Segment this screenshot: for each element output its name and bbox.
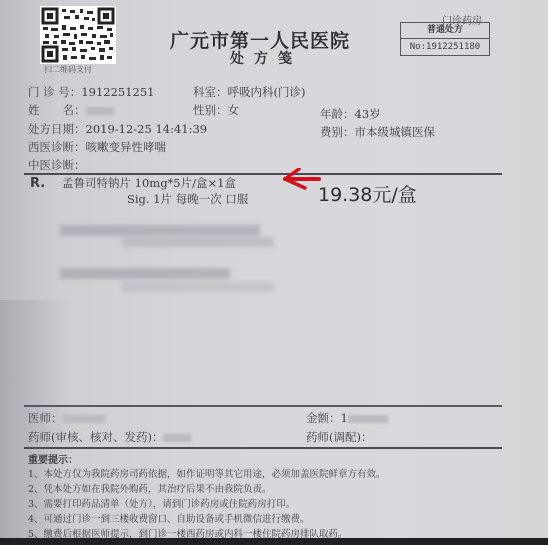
name-label: 姓 名： [28, 103, 86, 117]
prescription-type: 普通处方 [401, 23, 489, 39]
western-diagnosis-field: 西医诊断：咳嗽变异性哮喘 [28, 139, 166, 155]
department-value: 呼吸内科(门诊) [228, 85, 306, 99]
pharmacist-dispense-label: 药师(调配)： [306, 430, 372, 444]
fee-type-label: 费别： [320, 125, 355, 139]
department-field: 科室：呼吸内科(门诊) [193, 84, 305, 100]
note-item: 1、本处方仅为我院药房司药依据，如作证明等其它用途，必须加盖医院鲜章方有效。 [28, 466, 386, 480]
drug-sig: Sig. 1片 每晚一次 口服 [127, 191, 248, 207]
prescription-type-box: 普通处方 No:1912251180 [400, 22, 490, 56]
divider-footer-bottom [24, 447, 502, 449]
doctor-field: 医师： [28, 410, 105, 426]
fee-type-value: 市本级城镇医保 [355, 125, 436, 139]
pharmacist-review-label: 药师(审核、核对、发药)： [28, 430, 163, 444]
notes-title: 重要提示： [28, 451, 78, 466]
pharmacist-dispense-field: 药师(调配)： [306, 429, 372, 445]
western-diagnosis-label: 西医诊断： [28, 140, 86, 154]
note-item: 4、可通过门诊一到三楼收费窗口、自助设备或手机微信进行缴费。 [28, 511, 310, 525]
amount-label: 金额： [306, 411, 341, 425]
gender-field: 性别：女 [193, 102, 239, 118]
pharmacist-review-field: 药师(审核、核对、发药)： [28, 429, 191, 445]
fee-type-field: 费别：市本级城镇医保 [320, 124, 435, 140]
redacted-item-1-sig [122, 237, 274, 247]
department-label: 科室： [193, 85, 228, 99]
date-field: 处方日期：2019-12-25 14:41:39 [28, 121, 207, 137]
clinic-number-value: 1912251251 [81, 85, 154, 99]
age-field: 年龄：43岁 [320, 106, 381, 122]
gender-value: 女 [228, 103, 240, 117]
prescription-number: No:1912251180 [401, 39, 489, 55]
redacted-item-2 [60, 268, 230, 279]
photo-bottom-edge [0, 538, 548, 545]
red-arrow-left-icon [283, 168, 321, 190]
form-title: 处方笺 [230, 48, 302, 68]
amount-value: 1 [341, 411, 348, 425]
redacted-item-2-sig [122, 282, 274, 292]
tcm-diagnosis-label: 中医诊断： [28, 158, 86, 172]
doctor-label: 医师： [28, 411, 63, 425]
date-value: 2019-12-25 14:41:39 [86, 122, 208, 136]
doctor-redacted [63, 415, 105, 423]
age-value: 43岁 [355, 107, 381, 121]
age-label: 年龄： [320, 107, 355, 121]
note-item: 3、需要打印药品清单（处方），请到门诊药房或住院药房打印。 [28, 496, 295, 510]
name-redacted [86, 107, 114, 115]
gender-label: 性别： [193, 103, 228, 117]
qr-code-icon [40, 6, 116, 64]
tcm-diagnosis-field: 中医诊断： [28, 157, 86, 173]
redacted-item-1 [60, 225, 260, 236]
clinic-number-label: 门 诊 号： [28, 85, 81, 99]
western-diagnosis-value: 咳嗽变异性哮喘 [86, 140, 167, 154]
rx-symbol: R. [30, 176, 45, 191]
amount-field: 金额：1 [306, 410, 388, 426]
date-label: 处方日期： [28, 122, 86, 136]
divider-footer-top [24, 405, 502, 407]
price-annotation: 19.38元/盒 [318, 180, 417, 207]
name-field: 姓 名： [28, 102, 114, 118]
note-item: 2、凭本处方如在我院外购药，其治疗后果不由我院负责。 [28, 481, 272, 495]
drug-item: 孟鲁司特钠片 10mg*5片/盒×1盒 [62, 175, 236, 191]
pharmacist-redacted [163, 434, 191, 442]
clinic-number-field: 门 诊 号：1912251251 [28, 84, 154, 100]
amount-redacted [348, 415, 388, 423]
qr-caption: 扫二维码支付 [44, 64, 92, 75]
